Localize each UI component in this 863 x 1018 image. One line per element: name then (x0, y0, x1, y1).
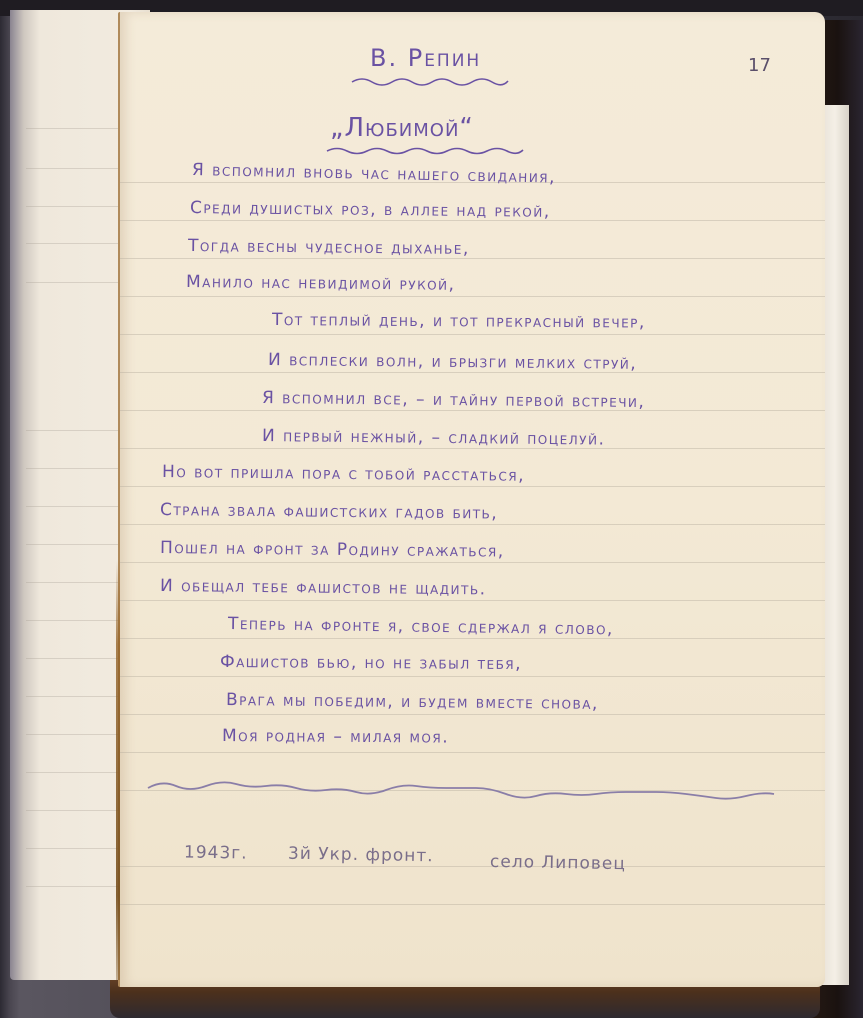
poem-line: Фашистов бью, но не забыл тебя, (220, 652, 522, 674)
ruled-line (120, 258, 825, 259)
poem-line: И обещал тебе фашистов не щадить. (160, 576, 487, 599)
poem-line: И всплески волн, и брызги мелких струй, (268, 350, 637, 374)
poem-line: Среди душистых роз, в аллее над рекой, (190, 198, 551, 222)
ruled-line (120, 904, 825, 905)
poem-line: Манило нас невидимой рукой, (186, 272, 456, 295)
ruled-line (120, 486, 825, 487)
poem-line: Но вот пришла пора с тобой расстаться, (162, 462, 525, 486)
poem-line: Страна звала фашистских гадов бить, (160, 500, 498, 524)
poem-title: „Любимой“ (330, 113, 474, 143)
author-wavy-underline (350, 74, 510, 88)
poem-line: И первый нежный, – сладкий поцелуй. (262, 426, 606, 450)
poem-line: Врага мы победим, и будем вместе снова, (226, 690, 599, 714)
poem-line: Тот теплый день, и тот прекрасный вечер, (272, 310, 646, 333)
ruled-line (120, 296, 825, 297)
ruled-line (120, 600, 825, 601)
ruled-line (120, 334, 825, 335)
ruled-line (120, 866, 825, 867)
ruled-line (120, 676, 825, 677)
poem-line: Тогда весны чудесное дыханье, (188, 236, 470, 259)
ruled-line (120, 638, 825, 639)
poem-line: Я вспомнил все, – и тайну первой встречи… (262, 388, 646, 412)
ruled-line (120, 524, 825, 525)
ruled-line (120, 752, 825, 753)
title-wavy-underline (325, 144, 525, 158)
footer-front: 3й Укр. фронт. (288, 844, 434, 867)
author-name: В. Репин (370, 44, 481, 72)
ruled-line (120, 562, 825, 563)
footer-year: 1943г. (184, 842, 248, 863)
spine-stain (116, 560, 120, 980)
poem-line: Пошел на фронт за Родину сражаться, (160, 538, 505, 562)
page-number: 17 (748, 55, 771, 76)
footer-place: село Липовец (490, 852, 626, 874)
notebook-page (118, 12, 825, 987)
wavy-divider (146, 776, 776, 806)
poem-line: Моя родная – милая моя. (222, 726, 449, 748)
ruled-line (120, 714, 825, 715)
